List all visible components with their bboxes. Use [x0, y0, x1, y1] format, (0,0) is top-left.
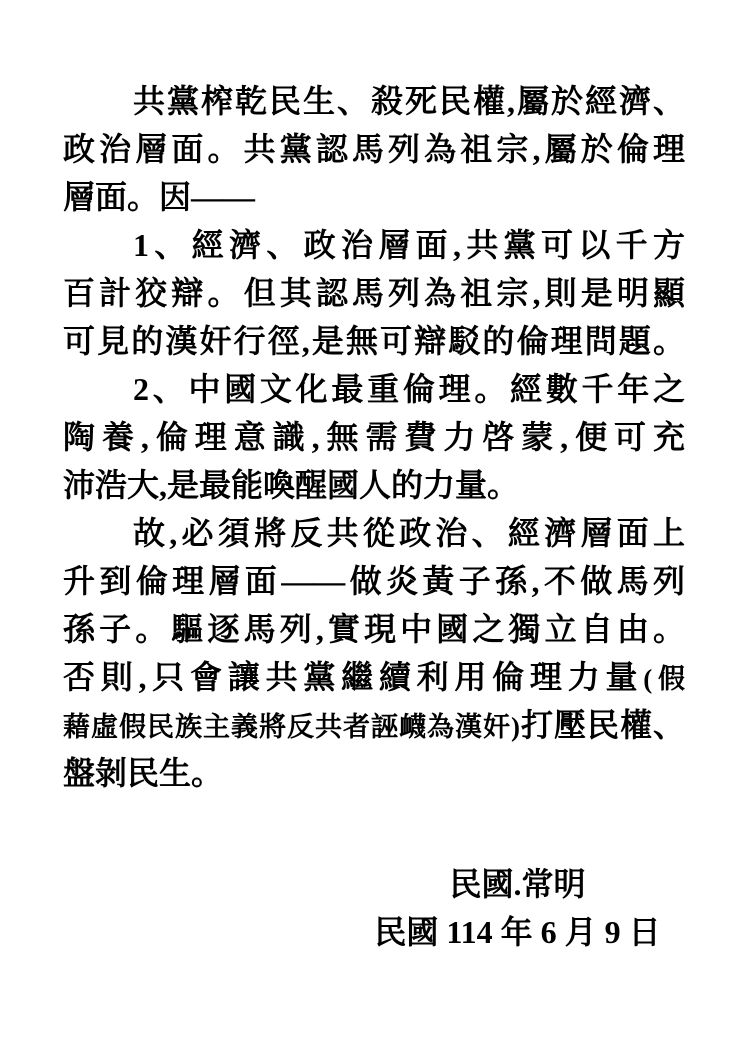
- body-line: 百計狡辯。但其認馬列為祖宗,則是明顯: [63, 269, 685, 317]
- signature-name: 民國.常明: [295, 860, 740, 908]
- document-body: 共黨榨乾民生、殺死民權,屬於經濟、 政治層面。共黨認馬列為祖宗,屬於倫理 層面。…: [63, 77, 685, 797]
- body-line: 故,必須將反共從政治、經濟層面上: [63, 509, 685, 557]
- signature-block: 民國.常明 民國 114 年 6 月 9 日: [295, 860, 740, 956]
- line-text: 孫子。驅逐馬列,實現中國之獨立自由。: [63, 611, 685, 647]
- line-text: 1、經濟、政治層面,共黨可以千方: [133, 227, 685, 263]
- body-line: 1、經濟、政治層面,共黨可以千方: [63, 221, 685, 269]
- body-line: 藉虛假民族主義將反共者誣衊為漢奸)打壓民權、: [63, 701, 685, 749]
- line-text: 沛浩大,是最能喚醒國人的力量。: [63, 467, 519, 503]
- body-line: 政治層面。共黨認馬列為祖宗,屬於倫理: [63, 125, 685, 173]
- line-text: 升到倫理層面——做炎黃子孫,不做馬列: [63, 563, 685, 599]
- body-line: 否則,只會讓共黨繼續利用倫理力量(假: [63, 653, 685, 701]
- body-line: 升到倫理層面——做炎黃子孫,不做馬列: [63, 557, 685, 605]
- body-line: 盤剝民生。: [63, 749, 685, 797]
- line-text: 政治層面。共黨認馬列為祖宗,屬於倫理: [63, 131, 685, 167]
- body-line: 2、中國文化最重倫理。經數千年之: [63, 365, 685, 413]
- line-text: 2、中國文化最重倫理。經數千年之: [133, 371, 685, 407]
- body-line: 共黨榨乾民生、殺死民權,屬於經濟、: [63, 77, 685, 125]
- parenthetical-text: 藉虛假民族主義將反共者誣衊為漢奸): [63, 712, 520, 742]
- line-text: 打壓民權、: [520, 707, 685, 743]
- body-line: 陶養,倫理意識,無需費力啓蒙,便可充: [63, 413, 685, 461]
- line-text: 故,必須將反共從政治、經濟層面上: [133, 515, 685, 551]
- line-text: 百計狡辯。但其認馬列為祖宗,則是明顯: [63, 275, 685, 311]
- line-text: 盤剝民生。: [63, 755, 223, 791]
- line-text: 共黨榨乾民生、殺死民權,屬於經濟、: [133, 83, 685, 119]
- body-line: 可見的漢奸行徑,是無可辯駁的倫理問題。: [63, 317, 685, 365]
- line-text: 陶養,倫理意識,無需費力啓蒙,便可充: [63, 419, 685, 455]
- body-line: 孫子。驅逐馬列,實現中國之獨立自由。: [63, 605, 685, 653]
- document-page: 共黨榨乾民生、殺死民權,屬於經濟、 政治層面。共黨認馬列為祖宗,屬於倫理 層面。…: [0, 0, 740, 1047]
- line-text: 否則,只會讓共黨繼續利用倫理力量: [63, 659, 643, 695]
- parenthetical-text: (假: [643, 664, 685, 694]
- body-line: 沛浩大,是最能喚醒國人的力量。: [63, 461, 685, 509]
- line-text: 可見的漢奸行徑,是無可辯駁的倫理問題。: [63, 323, 685, 359]
- line-text: 層面。因——: [63, 179, 255, 215]
- signature-date: 民國 114 年 6 月 9 日: [295, 908, 740, 956]
- body-line: 層面。因——: [63, 173, 685, 221]
